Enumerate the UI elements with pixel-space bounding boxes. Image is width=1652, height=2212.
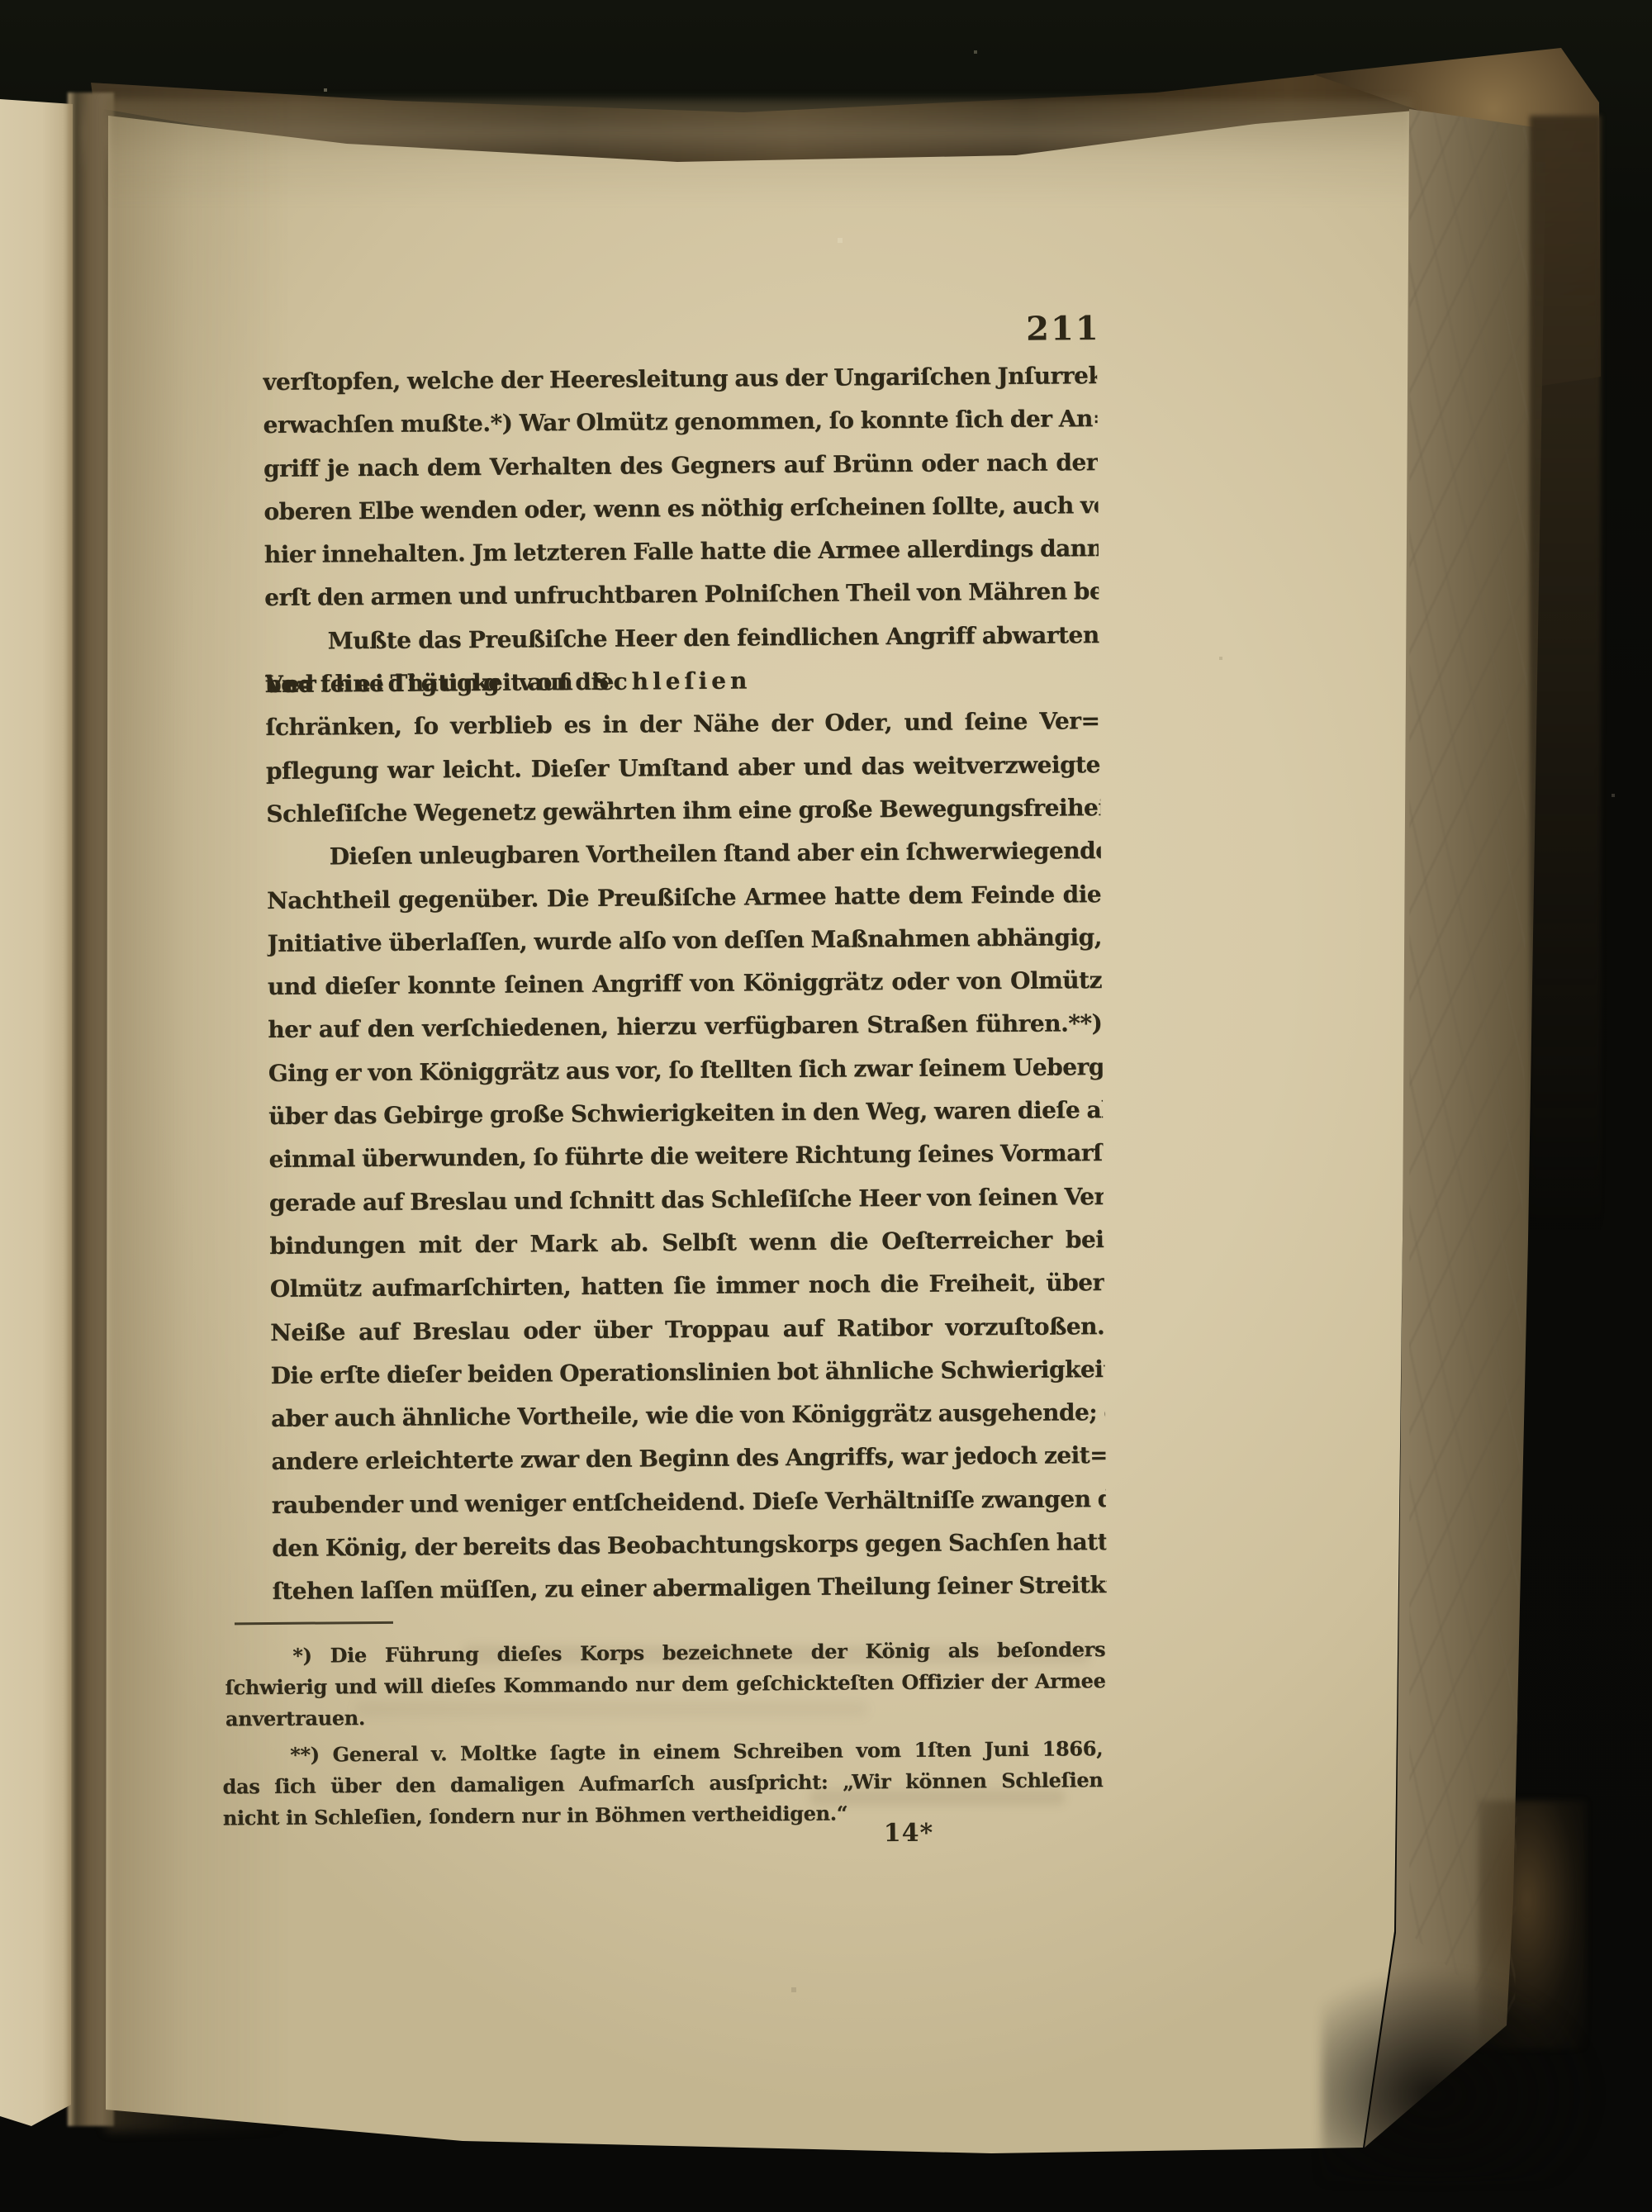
body-line: griff je nach dem Verhalten des Gegners … xyxy=(263,441,1098,491)
body-line: erſt den armen und unfruchtbaren Polniſc… xyxy=(264,571,1099,620)
body-line: hier innehalten. Jm letzteren Falle hatt… xyxy=(264,527,1099,577)
signature-mark: 14* xyxy=(867,1819,950,1849)
body-line: über das Gebirge große Schwierigkeiten i… xyxy=(268,1089,1103,1138)
body-line: Neiße auf Breslau oder über Troppau auf … xyxy=(270,1305,1104,1355)
letterspaced-emphasis: Vertheidigung von Schleſien xyxy=(265,659,752,706)
body-line: Nachtheil gegenüber. Die Preußiſche Arme… xyxy=(267,873,1101,923)
body-line: bindungen mit der Mark ab. Selbſt wenn d… xyxy=(269,1218,1104,1268)
page-content: 211 verſtopfen, welche der Heeresleitung… xyxy=(0,0,1652,2212)
body-line: einmal überwunden, ſo führte die weitere… xyxy=(268,1132,1103,1181)
body-line: andere erleichterte zwar den Beginn des … xyxy=(271,1434,1105,1483)
body-line: Dieſen unleugbaren Vortheilen ſtand aber… xyxy=(266,829,1100,879)
body-line: ſchränken, ſo verblieb es in der Nähe de… xyxy=(265,700,1099,749)
body-line: erwachſen mußte.*) War Olmütz genommen, … xyxy=(263,397,1097,447)
body-line: und dieſer konnte ſeinen Angriff von Kön… xyxy=(268,959,1102,1009)
body-line: Olmütz aufmarſchirten, hatten ſie immer … xyxy=(270,1261,1104,1311)
body-line: und ſeine Thätigkeit auf die Vertheidigu… xyxy=(265,657,1099,706)
footnote-1: *) Die Führung dieſes Korps bezeichnete … xyxy=(225,1634,1106,1735)
body-line: verſtopfen, welche der Heeresleitung aus… xyxy=(263,354,1097,404)
footnote-rule xyxy=(235,1621,393,1626)
body-line: Die erſte dieſer beiden Operationslinien… xyxy=(270,1348,1104,1398)
text-segment: be= xyxy=(265,663,315,707)
footnote-2: **) General v. Moltke ſagte in einem Sch… xyxy=(222,1733,1104,1834)
book-scan: 211 verſtopfen, welche der Heeresleitung… xyxy=(0,0,1652,2212)
body-line: ſtehen laſſen müſſen, zu einer abermalig… xyxy=(272,1564,1106,1613)
body-line: her auf den verſchiedenen, hierzu verfüg… xyxy=(268,1003,1102,1052)
body-line: oberen Elbe wenden oder, wenn es nöthig … xyxy=(263,484,1098,534)
body-line: den König, der bereits das Beobachtungsk… xyxy=(272,1521,1106,1570)
body-line: gerade auf Breslau und ſchnitt das Schle… xyxy=(269,1175,1104,1225)
body-line: pflegung war leicht. Dieſer Umſtand aber… xyxy=(266,743,1100,793)
body-line: Mußte das Preußiſche Heer den feindliche… xyxy=(264,614,1099,663)
body-line: Schleſiſche Wegenetz gewährten ihm eine … xyxy=(266,786,1100,836)
body-line: raubender und weniger entſcheidend. Dieſ… xyxy=(272,1478,1106,1527)
body-line: Ging er von Königgrätz aus vor, ſo ſtell… xyxy=(268,1046,1103,1095)
footnote-line: anvertrauen. xyxy=(225,1697,1106,1735)
body-line: aber auch ähnliche Vortheile, wie die vo… xyxy=(271,1391,1105,1441)
page-number: 211 xyxy=(950,309,1100,349)
footnote-line: nicht in Schleſien, ſondern nur in Böhme… xyxy=(223,1796,1104,1834)
body-text: verſtopfen, welche der Heeresleitung aus… xyxy=(263,354,1107,1613)
body-line: Jnitiative überlaſſen, wurde alſo von de… xyxy=(267,916,1101,966)
